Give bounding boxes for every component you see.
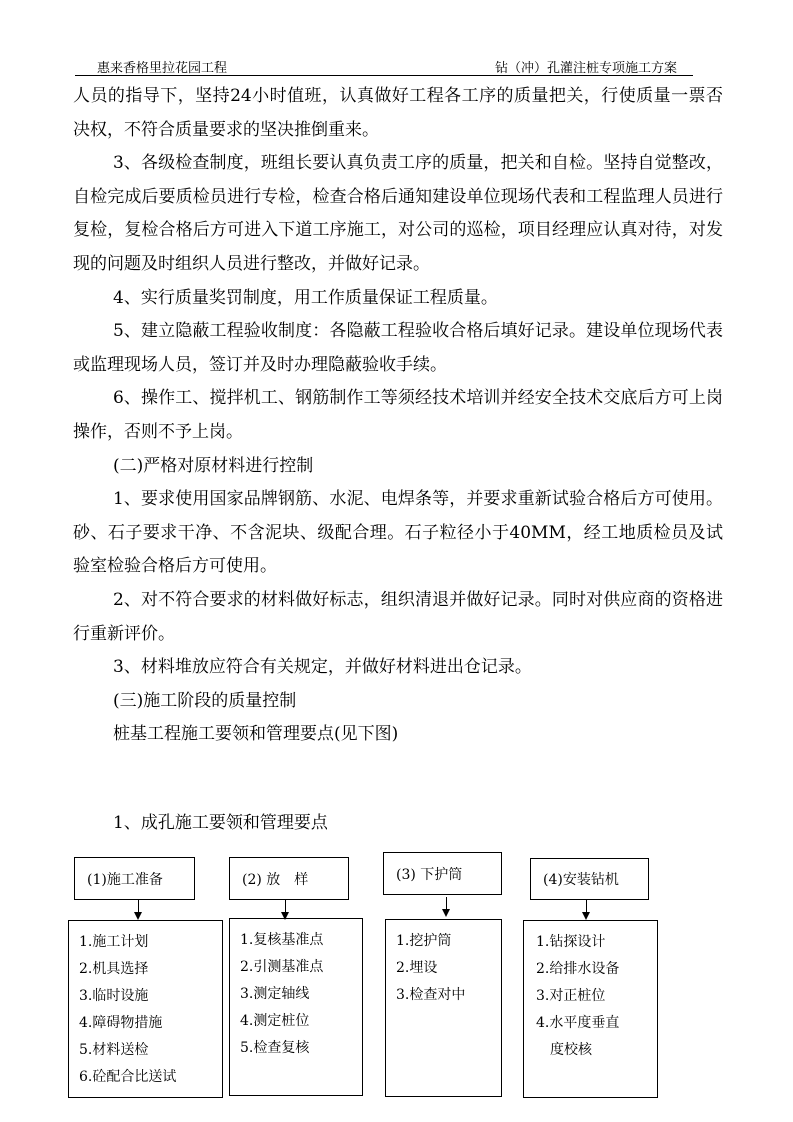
- list-item: 3.临时设施: [79, 983, 222, 1010]
- arrow-down-icon: [586, 900, 587, 918]
- flow-step-2-list: 1.复核基准点 2.引测基准点 3.测定轴线 4.测定桩位 5.检查复核: [229, 918, 363, 1096]
- list-item: 1.挖护筒: [396, 928, 501, 955]
- section-title: 1、成孔施工要领和管理要点: [113, 808, 328, 833]
- flow-step-1-header: (1)施工准备: [74, 857, 195, 900]
- list-item: 1.钻探设计: [536, 929, 657, 956]
- flow-step-4-list: 1.钻探设计 2.给排水设备 3.对正桩位 4.水平度垂直 度校核: [523, 920, 658, 1098]
- arrow-down-icon: [138, 900, 139, 918]
- paragraph: 桩基工程施工要领和管理要点(见下图): [73, 718, 723, 752]
- page-header: 惠来香格里拉花园工程 钻（冲）孔灌注桩专项施工方案: [75, 55, 693, 76]
- list-item: 1.施工计划: [79, 929, 222, 956]
- flow-step-3-list: 1.挖护筒 2.埋设 3.检查对中: [385, 919, 502, 1097]
- paragraph: 6、操作工、搅拌机工、钢筋制作工等须经技术培训并经安全技术交底后方可上岗操作，否…: [73, 382, 723, 449]
- list-item: 4.水平度垂直: [536, 1010, 657, 1037]
- paragraph: 5、建立隐蔽工程验收制度：各隐蔽工程验收合格后填好记录。建设单位现场代表或监理现…: [73, 315, 723, 382]
- paragraph: 4、实行质量奖罚制度，用工作质量保证工程质量。: [73, 282, 723, 316]
- flow-step-1-list: 1.施工计划 2.机具选择 3.临时设施 4.障碍物措施 5.材料送检 6.砼配…: [68, 920, 223, 1098]
- flow-step-3-header: (3) 下护筒: [383, 852, 502, 895]
- paragraph: 3、各级检查制度，班组长要认真负责工序的质量，把关和自检。坚持自觉整改，自检完成…: [73, 147, 723, 281]
- list-item: 度校核: [536, 1037, 657, 1064]
- list-item: 1.复核基准点: [240, 927, 362, 954]
- paragraph: 人员的指导下，坚持24小时值班，认真做好工程各工序的质量把关，行使质量一票否决权…: [73, 80, 723, 147]
- list-item: 4.测定桩位: [240, 1008, 362, 1035]
- list-item: 2.机具选择: [79, 956, 222, 983]
- list-item: 2.埋设: [396, 955, 501, 982]
- list-item: 2.给排水设备: [536, 956, 657, 983]
- paragraph: 1、要求使用国家品牌钢筋、水泥、电焊条等，并要求重新试验合格后方可使用。砂、石子…: [73, 483, 723, 584]
- list-item: 5.检查复核: [240, 1035, 362, 1062]
- flow-step-title: (1)施工准备: [87, 869, 163, 889]
- header-document-title: 钻（冲）孔灌注桩专项施工方案: [495, 57, 677, 76]
- arrow-down-icon: [285, 900, 286, 918]
- list-item: 6.砼配合比送试: [79, 1064, 222, 1091]
- paragraph: 2、对不符合要求的材料做好标志，组织清退并做好记录。同时对供应商的资格进行重新评…: [73, 584, 723, 651]
- list-item: 5.材料送检: [79, 1037, 222, 1064]
- subheading: (三)施工阶段的质量控制: [73, 685, 723, 719]
- header-project-name: 惠来香格里拉花园工程: [97, 57, 227, 76]
- flow-step-4-header: (4)安装钻机: [530, 858, 649, 900]
- list-item: 4.障碍物措施: [79, 1010, 222, 1037]
- flow-step-title: (4)安装钻机: [543, 869, 619, 889]
- list-item: 3.检查对中: [396, 982, 501, 1009]
- subheading: (二)严格对原材料进行控制: [73, 450, 723, 484]
- flow-step-title: (2) 放 样: [242, 869, 308, 889]
- list-item: 2.引测基准点: [240, 954, 362, 981]
- paragraph: 3、材料堆放应符合有关规定，并做好材料进出仓记录。: [73, 651, 723, 685]
- flow-step-2-header: (2) 放 样: [229, 857, 349, 900]
- list-item: 3.对正桩位: [536, 983, 657, 1010]
- flow-step-title: (3) 下护筒: [396, 864, 462, 884]
- arrow-down-icon: [446, 897, 447, 915]
- document-body: 人员的指导下，坚持24小时值班，认真做好工程各工序的质量把关，行使质量一票否决权…: [73, 80, 723, 752]
- list-item: 3.测定轴线: [240, 981, 362, 1008]
